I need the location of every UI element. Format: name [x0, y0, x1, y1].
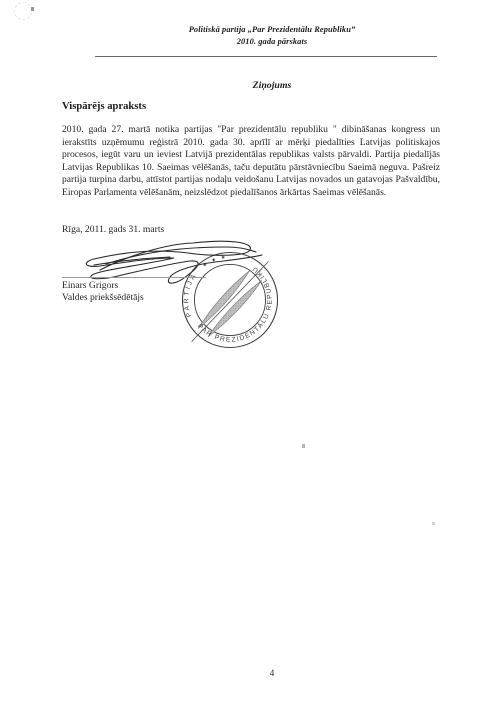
scan-artifact-speck	[432, 522, 435, 525]
document-header: Politiskā partija „Par Prezidentālu Repu…	[122, 24, 422, 48]
scan-artifact-speck	[302, 444, 305, 448]
header-report-year: 2010. gada pārskats	[122, 36, 422, 48]
report-title: Ziņojums	[122, 80, 422, 91]
section-heading: Vispārējs apraksts	[62, 101, 440, 112]
header-party-name: Politiskā partija „Par Prezidentālu Repu…	[122, 24, 422, 36]
document-page: Politiskā partija „Par Prezidentālu Repu…	[0, 0, 500, 716]
scan-artifact-speck	[31, 7, 34, 11]
page-number: 4	[122, 668, 422, 678]
signer-title: Valdes priekšsēdētājs	[62, 292, 262, 303]
header-rule	[95, 56, 437, 57]
scan-artifact-circle	[14, 2, 32, 20]
signature-rule	[62, 277, 206, 278]
body-paragraph: 2010. gada 27. martā notika partijas "Pa…	[62, 124, 440, 200]
signer-name: Einars Grigors	[62, 280, 262, 291]
